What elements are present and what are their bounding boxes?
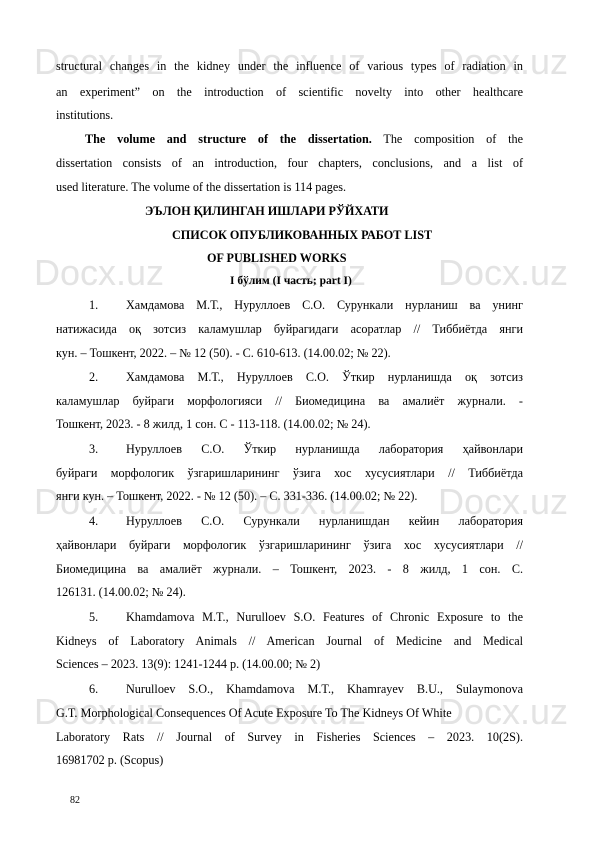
document-page: structural changes in the kidney under t…	[0, 0, 595, 842]
volume-heading: The volume and structure of the disserta…	[85, 132, 372, 146]
list-heading-uz: ЭЪЛОН ҚИЛИНГАН ИШЛАРИ РЎЙХАТИ	[145, 203, 465, 219]
intro-line: an experiment” on the introduction of sc…	[56, 84, 523, 100]
page-number: 82	[70, 795, 80, 806]
publication-text: Хамдамова М.Т., Нуруллоев С.О. Сурункали…	[126, 298, 523, 312]
volume-paragraph-line3: used literature. The volume of the disse…	[56, 179, 523, 195]
publication-line: G.T. Morphological Consequences Of Acute…	[56, 705, 523, 721]
publication-3: 3.Нуруллоев С.О. Ўткир нурланишда лабора…	[89, 441, 523, 457]
publication-line: кун. – Тошкент, 2022. – № 12 (50). - С. …	[56, 345, 523, 361]
publication-line: натижасида оқ зотсиз каламушлар буйрагид…	[56, 321, 523, 337]
publication-line: Laboratory Rats // Journal of Survey in …	[56, 729, 523, 745]
intro-line: institutions.	[56, 107, 523, 123]
intro-line: structural changes in the kidney under t…	[56, 58, 523, 74]
publication-5: 5.Khamdamova M.T., Nurulloev S.O. Featur…	[89, 609, 523, 625]
publication-number: 2.	[89, 369, 126, 385]
list-heading-ru: СПИСОК ОПУБЛИКОВАННЫХ РАБОТ LIST	[172, 227, 492, 243]
publication-text: Хамдамова М.Т., Нуруллоев С.О. Ўткир нур…	[126, 370, 523, 384]
publication-line: 126131. (14.00.02; № 24).	[56, 584, 523, 600]
publication-line: янги кун. – Тошкент, 2022. - № 12 (50). …	[56, 488, 523, 504]
publication-number: 4.	[89, 513, 126, 529]
publication-number: 3.	[89, 441, 126, 457]
publication-text: Нуруллоев С.О. Ўткир нурланишда лаборато…	[126, 442, 523, 456]
volume-text: The composition of the	[383, 132, 523, 146]
publication-1: 1.Хамдамова М.Т., Нуруллоев С.О. Сурунка…	[89, 297, 523, 313]
publication-line: каламушлар буйраги морфологияси // Биоме…	[56, 393, 523, 409]
publication-text: Nurulloev S.O., Khamdamova M.T., Khamray…	[126, 682, 523, 696]
publication-line: буйраги морфологик ўзгаришларининг ўзига…	[56, 465, 523, 481]
publication-2: 2.Хамдамова М.Т., Нуруллоев С.О. Ўткир н…	[89, 369, 523, 385]
publication-line: Kidneys of Laboratory Animals // America…	[56, 633, 523, 649]
publication-line: ҳайвонлари буйраги морфологик ўзгаришлар…	[56, 537, 523, 553]
publication-line: 16981702 p. (Scopus)	[56, 752, 523, 768]
publication-line: Sciences – 2023. 13(9): 1241-1244 p. (14…	[56, 656, 523, 672]
list-heading-en: OF PUBLISHED WORKS	[207, 250, 407, 266]
publication-text: Khamdamova M.T., Nurulloev S.O. Features…	[126, 610, 523, 624]
part-heading: I бўлим (I часть; part I)	[230, 273, 430, 289]
volume-paragraph-line1: The volume and structure of the disserta…	[85, 131, 523, 147]
publication-line: Биомедицина ва амалиёт журнали. – Тошкен…	[56, 561, 523, 577]
volume-paragraph-line2: dissertation consists of an introduction…	[56, 155, 523, 171]
publication-number: 1.	[89, 297, 126, 313]
publication-text: Нуруллоев С.О. Сурункали нурланишдан кей…	[126, 514, 523, 528]
publication-number: 6.	[89, 681, 126, 697]
publication-number: 5.	[89, 609, 126, 625]
publication-6: 6.Nurulloev S.O., Khamdamova M.T., Khamr…	[89, 681, 523, 697]
publication-4: 4.Нуруллоев С.О. Сурункали нурланишдан к…	[89, 513, 523, 529]
publication-line: Тошкент, 2023. - 8 жилд, 1 сон. С - 113-…	[56, 416, 523, 432]
